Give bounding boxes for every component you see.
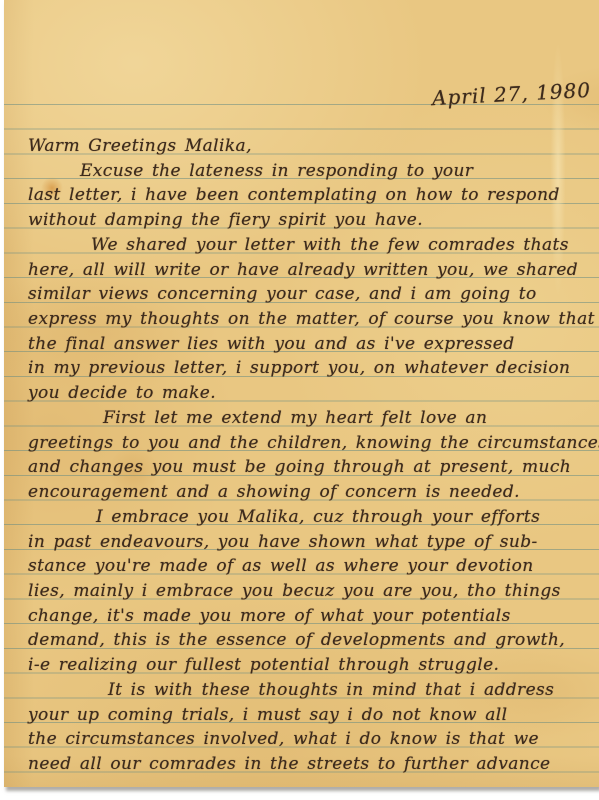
letter-line: greetings to you and the children, knowi…: [28, 431, 596, 456]
letter-body: Warm Greetings Malika, Excuse the latene…: [28, 134, 596, 777]
letter-line: the circumstances involved, what i do kn…: [28, 727, 596, 752]
letter-line: express my thoughts on the matter, of co…: [28, 307, 596, 332]
letter-line: you decide to make.: [28, 381, 596, 406]
letter-line: stance you're made of as well as where y…: [28, 554, 596, 579]
letter-line: here, all will write or have already wri…: [28, 258, 596, 283]
letter-line: lies, mainly i embrace you becuz you are…: [28, 579, 596, 604]
letter-line: encouragement and a showing of concern i…: [28, 480, 596, 505]
letter-line: i-e realizing our fullest potential thro…: [28, 653, 596, 678]
letter-greeting: Warm Greetings Malika,: [28, 134, 596, 159]
letter-line: Excuse the lateness in responding to you…: [28, 159, 596, 184]
letter-line: I embrace you Malika, cuz through your e…: [28, 505, 596, 530]
letter-line: and changes you must be going through at…: [28, 455, 596, 480]
letter-line: the final answer lies with you and as i'…: [28, 332, 596, 357]
letter-line: last letter, i have been contemplating o…: [28, 183, 596, 208]
letter-line: similar views concerning your case, and …: [28, 282, 596, 307]
letter-line: We shared your letter with the few comra…: [28, 233, 596, 258]
letter-date: April 27, 1980: [431, 78, 591, 110]
letter-line: need all our comrades in the streets to …: [28, 752, 596, 777]
letter-line: in my previous letter, i support you, on…: [28, 356, 596, 381]
letter-line: It is with these thoughts in mind that i…: [28, 678, 596, 703]
letter-line: in past endeavours, you have shown what …: [28, 530, 596, 555]
letter-paper: April 27, 1980 Warm Greetings Malika, Ex…: [4, 0, 599, 787]
letter-line: your up coming trials, i must say i do n…: [28, 703, 596, 728]
letter-line: First let me extend my heart felt love a…: [28, 406, 596, 431]
letter-line: demand, this is the essence of developme…: [28, 628, 596, 653]
letter-line: without damping the fiery spirit you hav…: [28, 208, 596, 233]
letter-line: change, it's made you more of what your …: [28, 604, 596, 629]
